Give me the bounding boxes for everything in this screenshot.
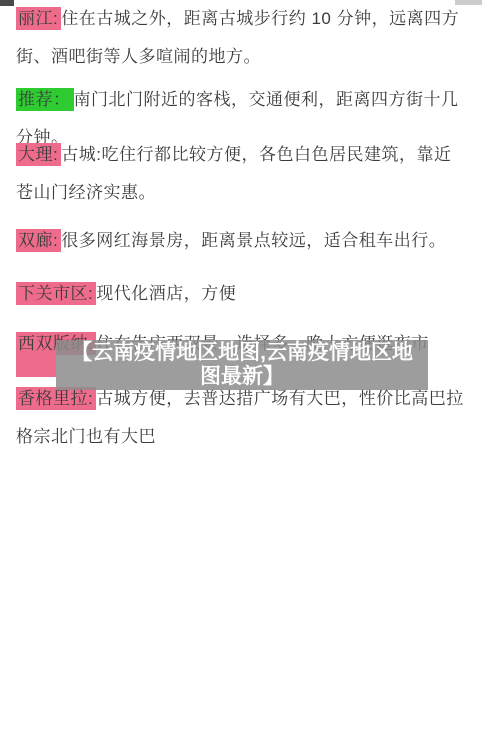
label-highlight-dali: 大理: xyxy=(16,143,61,166)
paragraph-text: 古城:吃住行都比较方便，各色白色居民建筑，靠近苍山门经济实惠。 xyxy=(16,145,451,202)
paragraph-text: 现代化酒店，方便 xyxy=(96,284,236,303)
label-highlight-xiaguan: 下关市区: xyxy=(16,282,96,305)
label-highlight-shangrila: 香格里拉: xyxy=(16,387,96,410)
paragraph-dali: 大理:古城:吃住行都比较方便，各色白色居民建筑，靠近苍山门经济实惠。 xyxy=(16,136,468,212)
paragraph-lijiang: 丽江:住在古城之外，距离古城步行约 10 分钟，远离四方街、酒吧街等人多喧闹的地… xyxy=(16,0,468,76)
watermark-text: 【云南疫情地区地图,云南疫情地区地图最新】 xyxy=(66,341,418,389)
label-highlight-tuijian: 推荐： xyxy=(16,88,74,111)
paragraph-xiaguan: 下关市区:现代化酒店，方便 xyxy=(16,275,468,313)
paragraph-text: 很多网红海景房，距离景点较远，适合租车出行。 xyxy=(61,231,446,250)
top-left-bar-fragment xyxy=(0,0,14,6)
paragraph-shangrila: 香格里拉:古城方便，去普达措广场有大巴，性价比高巴拉格宗北门也有大巴 xyxy=(16,380,468,456)
article-page: 丽江:住在古城之外，距离古城步行约 10 分钟，远离四方街、酒吧街等人多喧闹的地… xyxy=(0,0,482,744)
label-highlight-lijiang: 丽江: xyxy=(16,7,61,30)
obscured-label-highlight xyxy=(16,355,56,377)
watermark-banner: 【云南疫情地区地图,云南疫情地区地图最新】 xyxy=(56,340,428,390)
label-highlight-shuanglang: 双廊: xyxy=(16,229,61,252)
paragraph-shuanglang: 双廊:很多网红海景房，距离景点较远，适合租车出行。 xyxy=(16,222,468,260)
paragraph-text: 住在古城之外，距离古城步行约 10 分钟，远离四方街、酒吧街等人多喧闹的地方。 xyxy=(16,9,459,66)
